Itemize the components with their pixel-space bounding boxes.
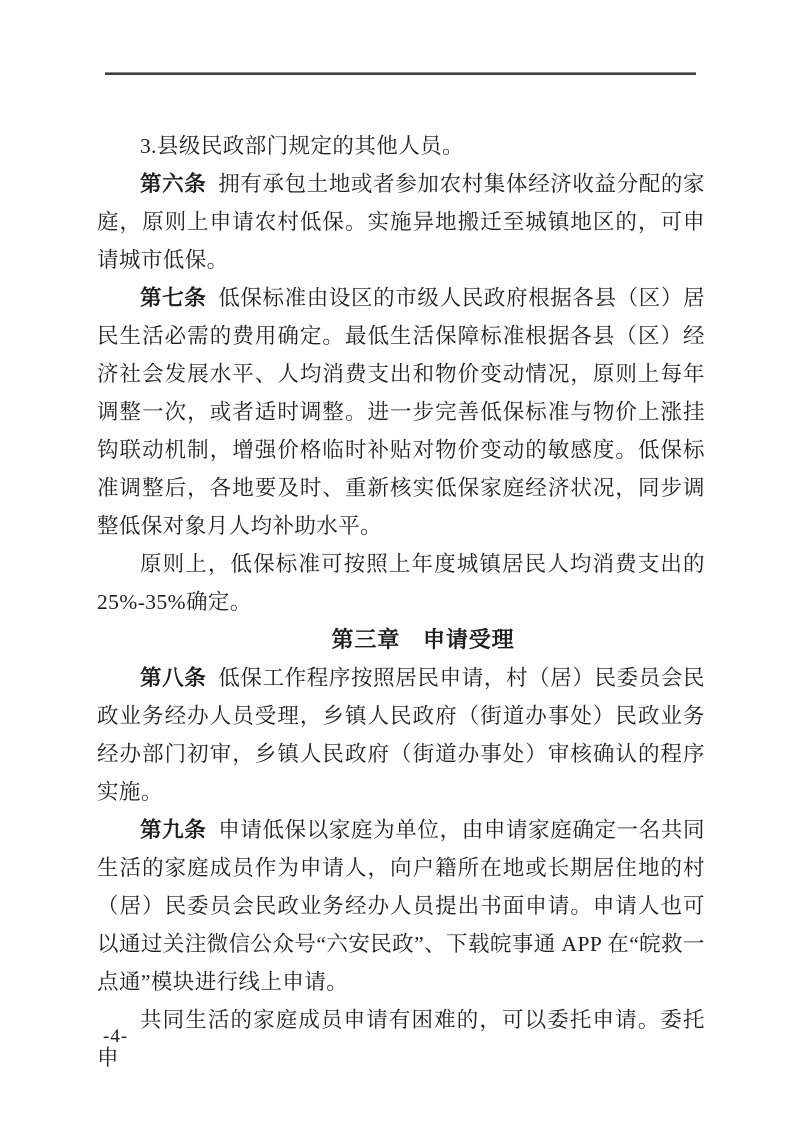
paragraph-delegation: 共同生活的家庭成员申请有困难的，可以委托申请。委托申 [97, 1001, 705, 1077]
paragraph-article-9: 第九条申请低保以家庭为单位，由申请家庭确定一名共同生活的家庭成员作为申请人，向户… [97, 811, 705, 1001]
article-label: 第八条 [140, 666, 206, 690]
paragraph-text: 3.县级民政部门规定的其他人员。 [140, 134, 464, 158]
chapter-heading: 第三章 申请受理 [97, 621, 705, 659]
paragraph-text: 原则上，低保标准可按照上年度城镇居民人均消费支出的25%-35%确定。 [97, 552, 705, 614]
article-label: 第六条 [140, 172, 206, 196]
paragraph-text: 申请低保以家庭为单位，由申请家庭确定一名共同生活的家庭成员作为申请人，向户籍所在… [97, 818, 705, 994]
page-number: -4- [103, 1026, 128, 1048]
paragraph-article-6: 第六条拥有承包土地或者参加农村集体经济收益分配的家庭，原则上申请农村低保。实施异… [97, 165, 705, 279]
article-label: 第七条 [140, 286, 206, 310]
paragraph-standard-note: 原则上，低保标准可按照上年度城镇居民人均消费支出的25%-35%确定。 [97, 545, 705, 621]
paragraph-text: 低保标准由设区的市级人民政府根据各县（区）居民生活必需的费用确定。最低生活保障标… [97, 286, 705, 538]
article-label: 第九条 [140, 818, 206, 842]
paragraph-text: 共同生活的家庭成员申请有困难的，可以委托申请。委托申 [97, 1008, 705, 1070]
document-page: 3.县级民政部门规定的其他人员。 第六条拥有承包土地或者参加农村集体经济收益分配… [0, 0, 793, 1122]
paragraph-article-8: 第八条低保工作程序按照居民申请，村（居）民委员会民政业务经办人员受理，乡镇人民政… [97, 659, 705, 811]
paragraph-list-item: 3.县级民政部门规定的其他人员。 [97, 127, 705, 165]
document-body: 3.县级民政部门规定的其他人员。 第六条拥有承包土地或者参加农村集体经济收益分配… [97, 127, 705, 1077]
paragraph-article-7: 第七条低保标准由设区的市级人民政府根据各县（区）居民生活必需的费用确定。最低生活… [97, 279, 705, 545]
header-rule-divider [105, 72, 696, 75]
